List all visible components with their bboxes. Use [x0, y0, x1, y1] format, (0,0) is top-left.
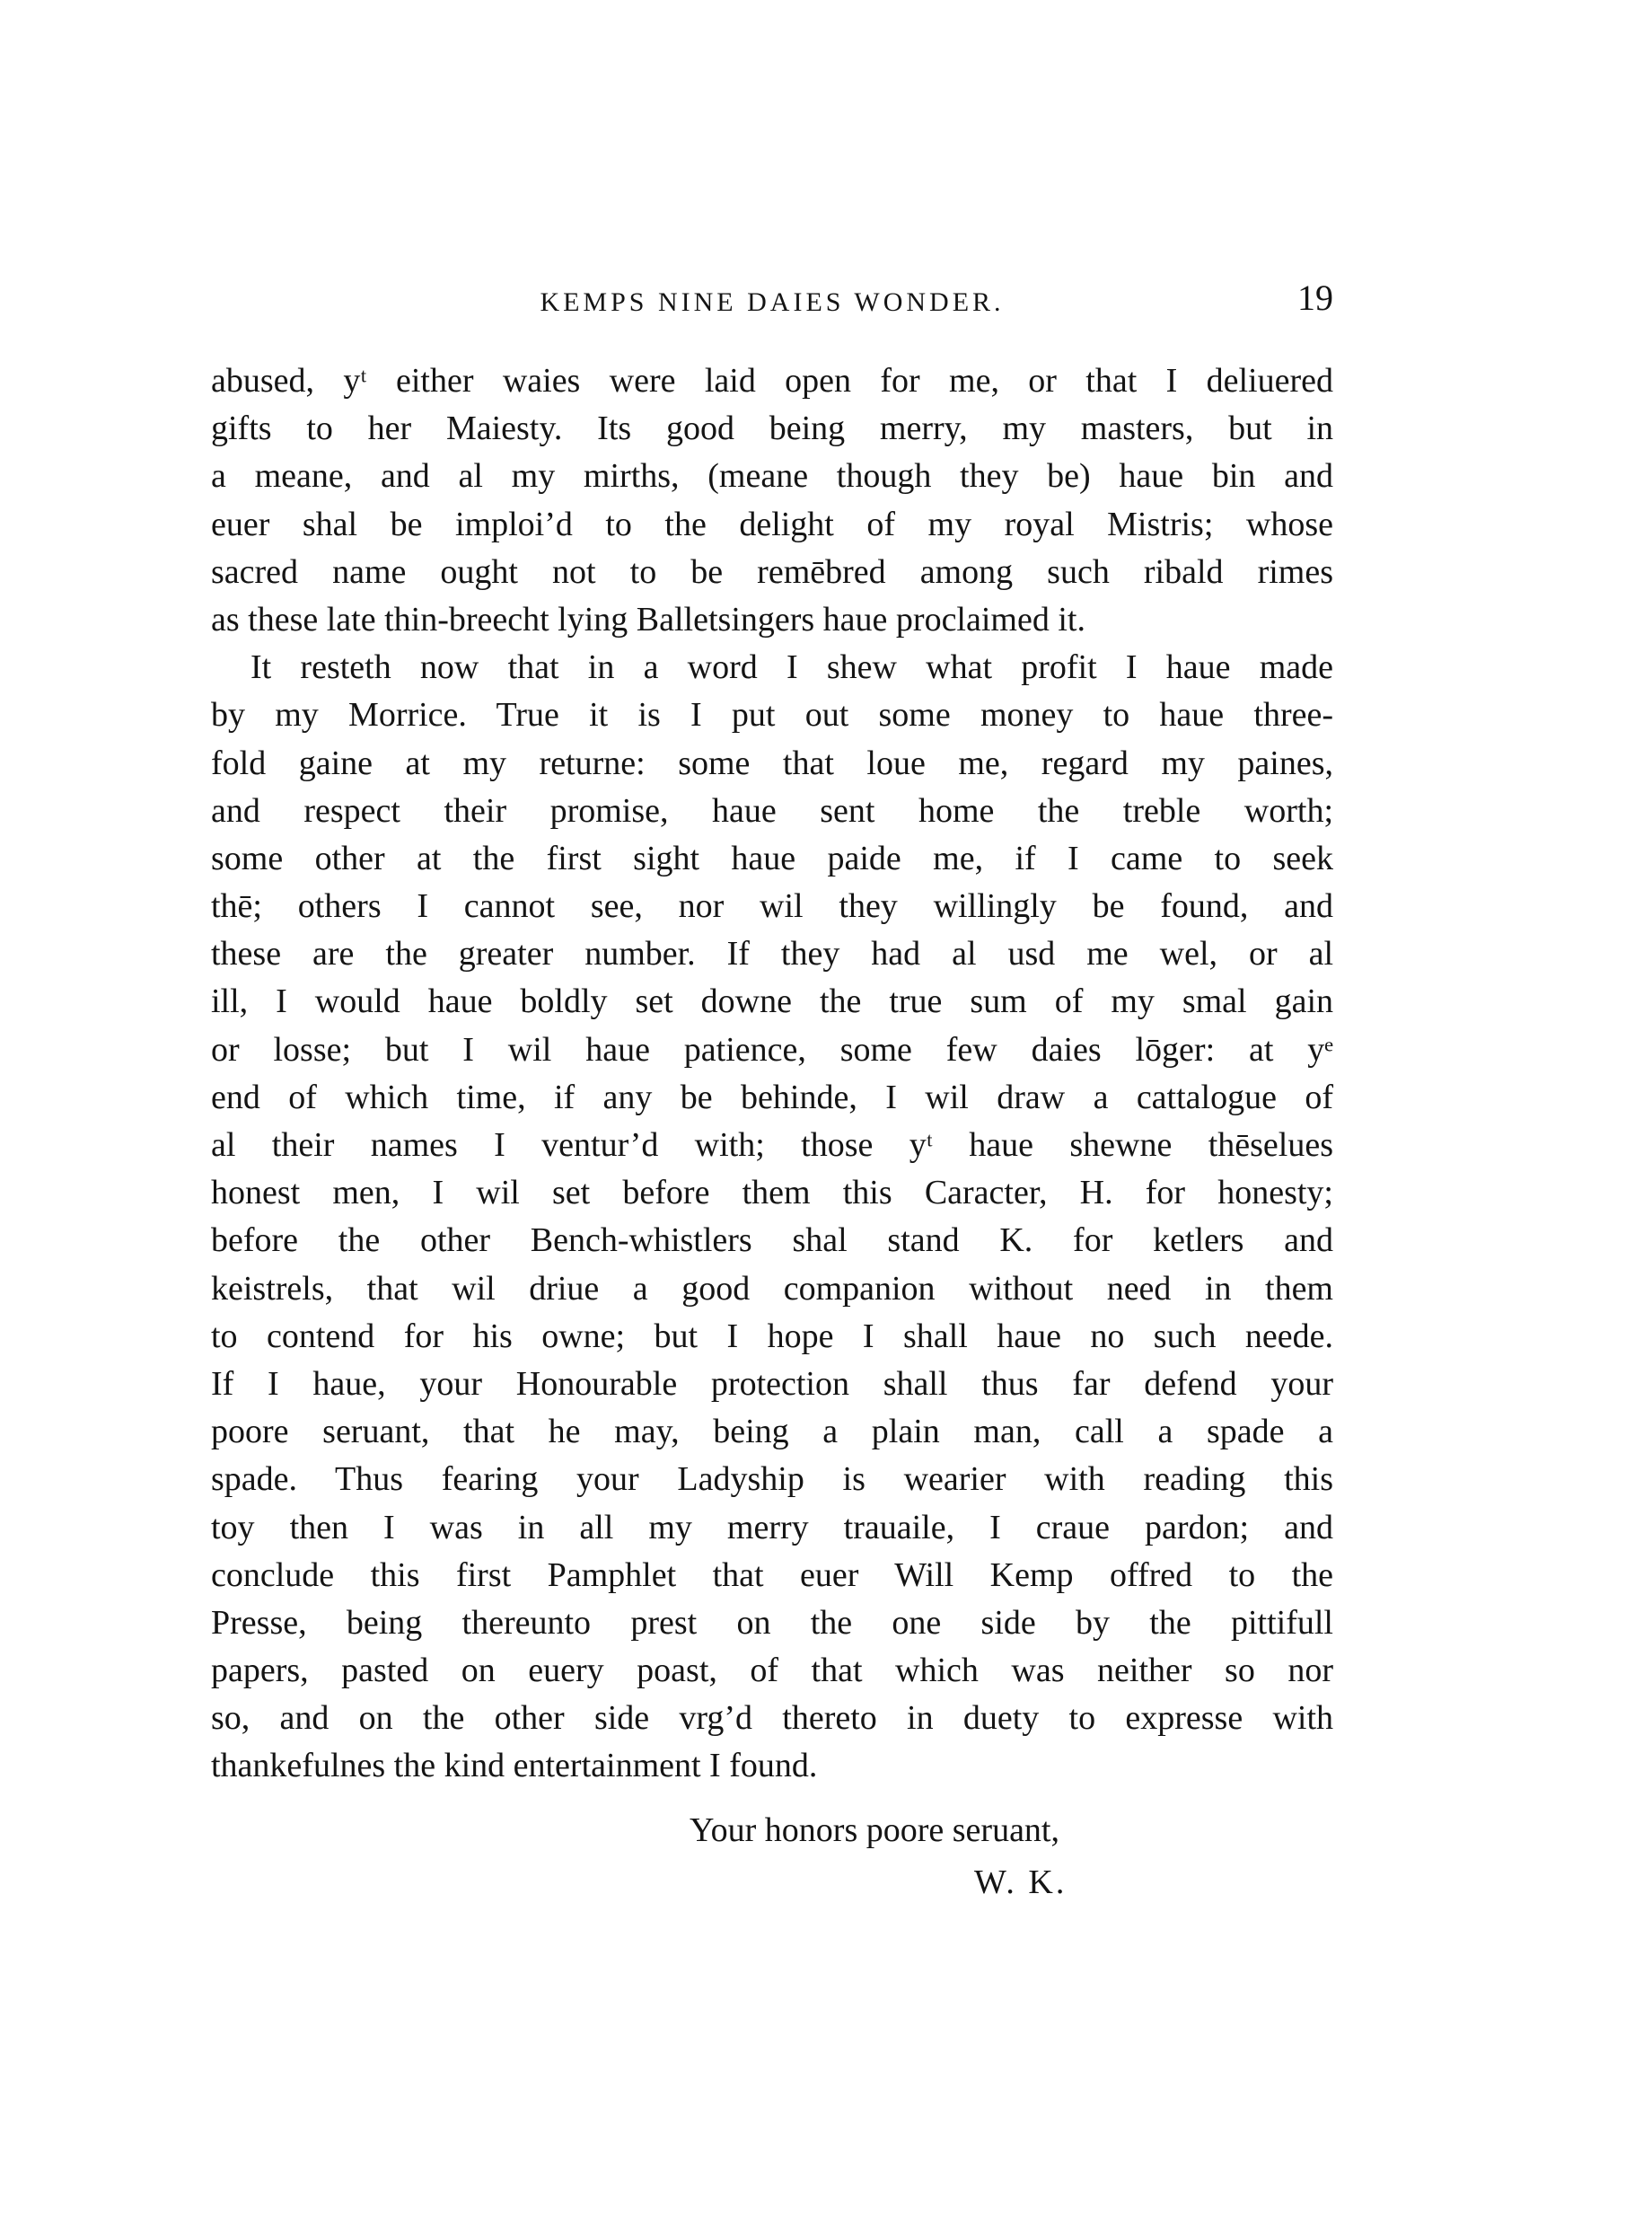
- text-line: toy then I was in all my merry trauaile,…: [211, 1504, 1333, 1552]
- text-line: sacred name ought not to be remēbred amo…: [211, 549, 1333, 596]
- text-line: a meane, and al my mirths, (meane though…: [211, 453, 1333, 500]
- text-line: It resteth now that in a word I shew wha…: [211, 644, 1333, 692]
- text-line: poore seruant, that he may, being a plai…: [211, 1408, 1333, 1456]
- running-header: KEMPS NINE DAIES WONDER. 19: [211, 277, 1333, 330]
- text-line: papers, pasted on euery poast, of that w…: [211, 1647, 1333, 1695]
- text-line: keistrels, that wil driue a good compani…: [211, 1265, 1333, 1313]
- text-line: gifts to her Maiesty. Its good being mer…: [211, 405, 1333, 453]
- text-line: Presse, being thereunto prest on the one…: [211, 1599, 1333, 1647]
- text-line: before the other Bench-whistlers shal st…: [211, 1217, 1333, 1264]
- running-title: KEMPS NINE DAIES WONDER.: [211, 287, 1333, 318]
- text-line: abused, yᵗ either waies were laid open f…: [211, 357, 1333, 405]
- paragraph-2: It resteth now that in a word I shew wha…: [211, 644, 1333, 1791]
- text-line: these are the greater number. If they ha…: [211, 930, 1333, 978]
- body-text: abused, yᵗ either waies were laid open f…: [211, 357, 1333, 1791]
- text-line: or losse; but I wil haue patience, some …: [211, 1026, 1333, 1074]
- text-line: spade. Thus fearing your Ladyship is wea…: [211, 1456, 1333, 1503]
- signature-initials: W. K.: [974, 1863, 1067, 1902]
- text-line: as these late thin-breecht lying Ballets…: [211, 596, 1333, 644]
- text-line: so, and on the other side vrg’d thereto …: [211, 1695, 1333, 1742]
- text-line: If I haue, your Honourable protection sh…: [211, 1361, 1333, 1408]
- text-line: honest men, I wil set before them this C…: [211, 1169, 1333, 1217]
- text-line: by my Morrice. True it is I put out some…: [211, 692, 1333, 739]
- paragraph-1: abused, yᵗ either waies were laid open f…: [211, 357, 1333, 644]
- page-number: 19: [1297, 277, 1333, 319]
- text-line: ill, I would haue boldly set downe the t…: [211, 978, 1333, 1026]
- text-line: thē; others I cannot see, nor wil they w…: [211, 883, 1333, 930]
- text-line: thankefulnes the kind entertainment I fo…: [211, 1742, 1333, 1790]
- text-line: to contend for his owne; but I hope I sh…: [211, 1313, 1333, 1361]
- text-line: al their names I ventur’d with; those yᵗ…: [211, 1122, 1333, 1169]
- signature-closing: Your honors poore seruant,: [690, 1810, 1059, 1850]
- text-line: and respect their promise, haue sent hom…: [211, 788, 1333, 835]
- text-line: fold gaine at my returne: some that loue…: [211, 740, 1333, 788]
- text-line: end of which time, if any be behinde, I …: [211, 1074, 1333, 1122]
- text-line: conclude this first Pamphlet that euer W…: [211, 1552, 1333, 1599]
- text-line: euer shal be imploi’d to the delight of …: [211, 501, 1333, 549]
- book-page: KEMPS NINE DAIES WONDER. 19 abused, yᵗ e…: [0, 0, 1652, 2220]
- text-line: some other at the first sight haue paide…: [211, 835, 1333, 883]
